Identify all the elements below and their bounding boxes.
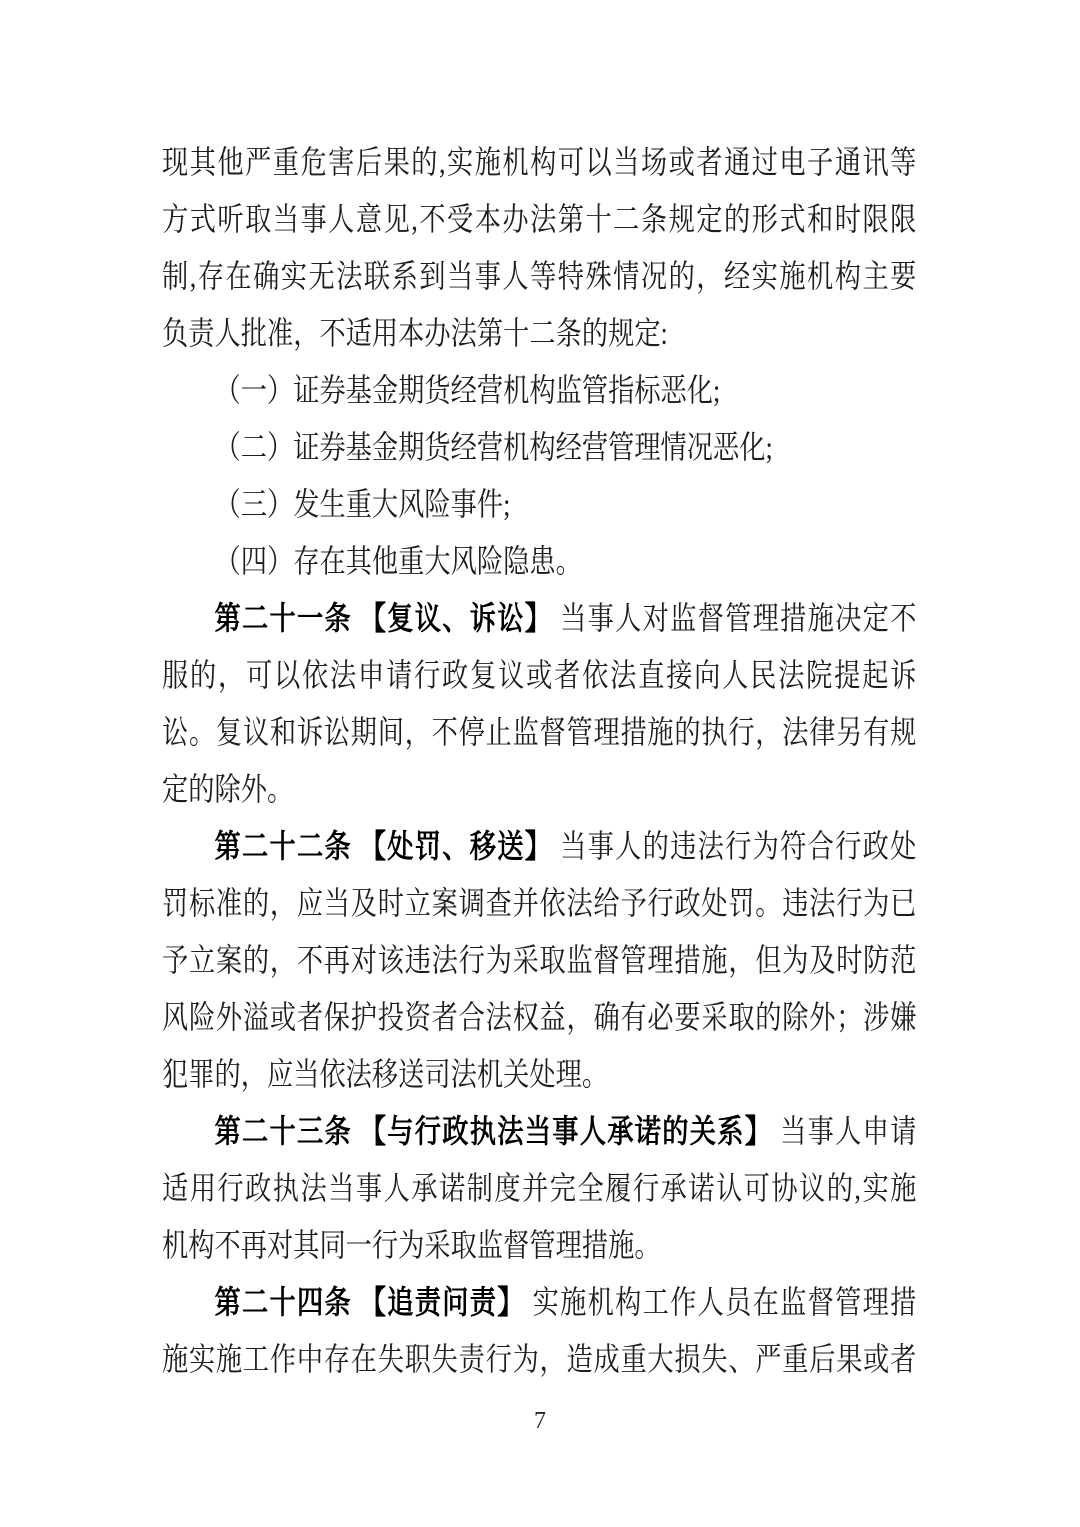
article-heading: 第二十四条 【追责问责】 — [214, 1284, 524, 1320]
text-line: 机构不再对其同一行为采取监督管理措施。 — [162, 1217, 916, 1274]
text-line: 负责人批准，不适用本办法第十二条的规定: — [162, 305, 916, 362]
text-segment: 施实施工作中存在失职失责行为，造成重大损失、严重后果或者 — [162, 1341, 916, 1377]
text-segment: 适用行政执法当事人承诺制度并完全履行承诺认可协议的,实施 — [162, 1170, 916, 1206]
text-line: （二）证券基金期货经营机构经营管理情况恶化; — [162, 419, 916, 476]
text-line: （三）发生重大风险事件; — [162, 476, 916, 533]
text-segment: 风险外溢或者保护投资者合法权益，确有必要采取的除外；涉嫌 — [162, 999, 916, 1035]
text-line: 第二十一条 【复议、诉讼】 当事人对监督管理措施决定不 — [162, 590, 916, 647]
text-segment: 制,存在确实无法联系到当事人等特殊情况的，经实施机构主要 — [162, 258, 916, 294]
text-segment: 定的除外。 — [162, 771, 293, 807]
text-line: 制,存在确实无法联系到当事人等特殊情况的，经实施机构主要 — [162, 248, 916, 305]
text-segment: 当事人的违法行为符合行政处 — [552, 828, 916, 864]
text-segment: （四）存在其他重大风险隐患。 — [214, 543, 581, 579]
text-line: 现其他严重危害后果的,实施机构可以当场或者通过电子通讯等 — [162, 134, 916, 191]
text-segment: 机构不再对其同一行为采取监督管理措施。 — [162, 1227, 661, 1263]
text-line: 适用行政执法当事人承诺制度并完全履行承诺认可协议的,实施 — [162, 1160, 916, 1217]
text-segment: 犯罪的，应当依法移送司法机关处理。 — [162, 1056, 608, 1092]
text-line: 罚标准的，应当及时立案调查并依法给予行政处罚。违法行为已 — [162, 875, 916, 932]
text-line: 服的，可以依法申请行政复议或者依法直接向人民法院提起诉 — [162, 647, 916, 704]
article-heading: 第二十一条 【复议、诉讼】 — [214, 600, 552, 636]
text-segment: （二）证券基金期货经营机构经营管理情况恶化; — [214, 429, 772, 465]
text-line: 第二十二条 【处罚、移送】 当事人的违法行为符合行政处 — [162, 818, 916, 875]
text-segment: 当事人申请 — [772, 1113, 916, 1149]
text-line: （一）证券基金期货经营机构监管指标恶化; — [162, 362, 916, 419]
text-segment: 实施机构工作人员在监督管理措 — [525, 1284, 917, 1320]
text-segment: 负责人批准，不适用本办法第十二条的规定: — [162, 315, 668, 351]
text-line: 方式听取当事人意见,不受本办法第十二条规定的形式和时限限 — [162, 191, 916, 248]
text-line: 施实施工作中存在失职失责行为，造成重大损失、严重后果或者 — [162, 1331, 916, 1388]
text-line: 定的除外。 — [162, 761, 916, 818]
text-segment: （一）证券基金期货经营机构监管指标恶化; — [214, 372, 720, 408]
text-line: 第二十三条 【与行政执法当事人承诺的关系】 当事人申请 — [162, 1103, 916, 1160]
text-segment: （三）发生重大风险事件; — [214, 486, 510, 522]
document-page: 现其他严重危害后果的,实施机构可以当场或者通过电子通讯等方式听取当事人意见,不受… — [0, 0, 1080, 1527]
page-number: 7 — [0, 1408, 1080, 1435]
text-line: 予立案的，不再对该违法行为采取监督管理措施，但为及时防范 — [162, 932, 916, 989]
text-line: 风险外溢或者保护投资者合法权益，确有必要采取的除外；涉嫌 — [162, 989, 916, 1046]
text-line: 第二十四条 【追责问责】 实施机构工作人员在监督管理措 — [162, 1274, 916, 1331]
article-heading: 第二十二条 【处罚、移送】 — [214, 828, 552, 864]
text-line: 犯罪的，应当依法移送司法机关处理。 — [162, 1046, 916, 1103]
text-segment: 现其他严重危害后果的,实施机构可以当场或者通过电子通讯等 — [162, 144, 916, 180]
text-segment: 服的，可以依法申请行政复议或者依法直接向人民法院提起诉 — [162, 657, 916, 693]
text-segment: 予立案的，不再对该违法行为采取监督管理措施，但为及时防范 — [162, 942, 916, 978]
text-segment: 方式听取当事人意见,不受本办法第十二条规定的形式和时限限 — [162, 201, 916, 237]
text-segment: 当事人对监督管理措施决定不 — [552, 600, 916, 636]
text-block: 现其他严重危害后果的,实施机构可以当场或者通过电子通讯等方式听取当事人意见,不受… — [162, 134, 916, 1388]
text-line: （四）存在其他重大风险隐患。 — [162, 533, 916, 590]
text-line: 讼。复议和诉讼期间，不停止监督管理措施的执行，法律另有规 — [162, 704, 916, 761]
article-heading: 第二十三条 【与行政执法当事人承诺的关系】 — [214, 1113, 772, 1149]
text-segment: 讼。复议和诉讼期间，不停止监督管理措施的执行，法律另有规 — [162, 714, 916, 750]
text-segment: 罚标准的，应当及时立案调查并依法给予行政处罚。违法行为已 — [162, 885, 916, 921]
